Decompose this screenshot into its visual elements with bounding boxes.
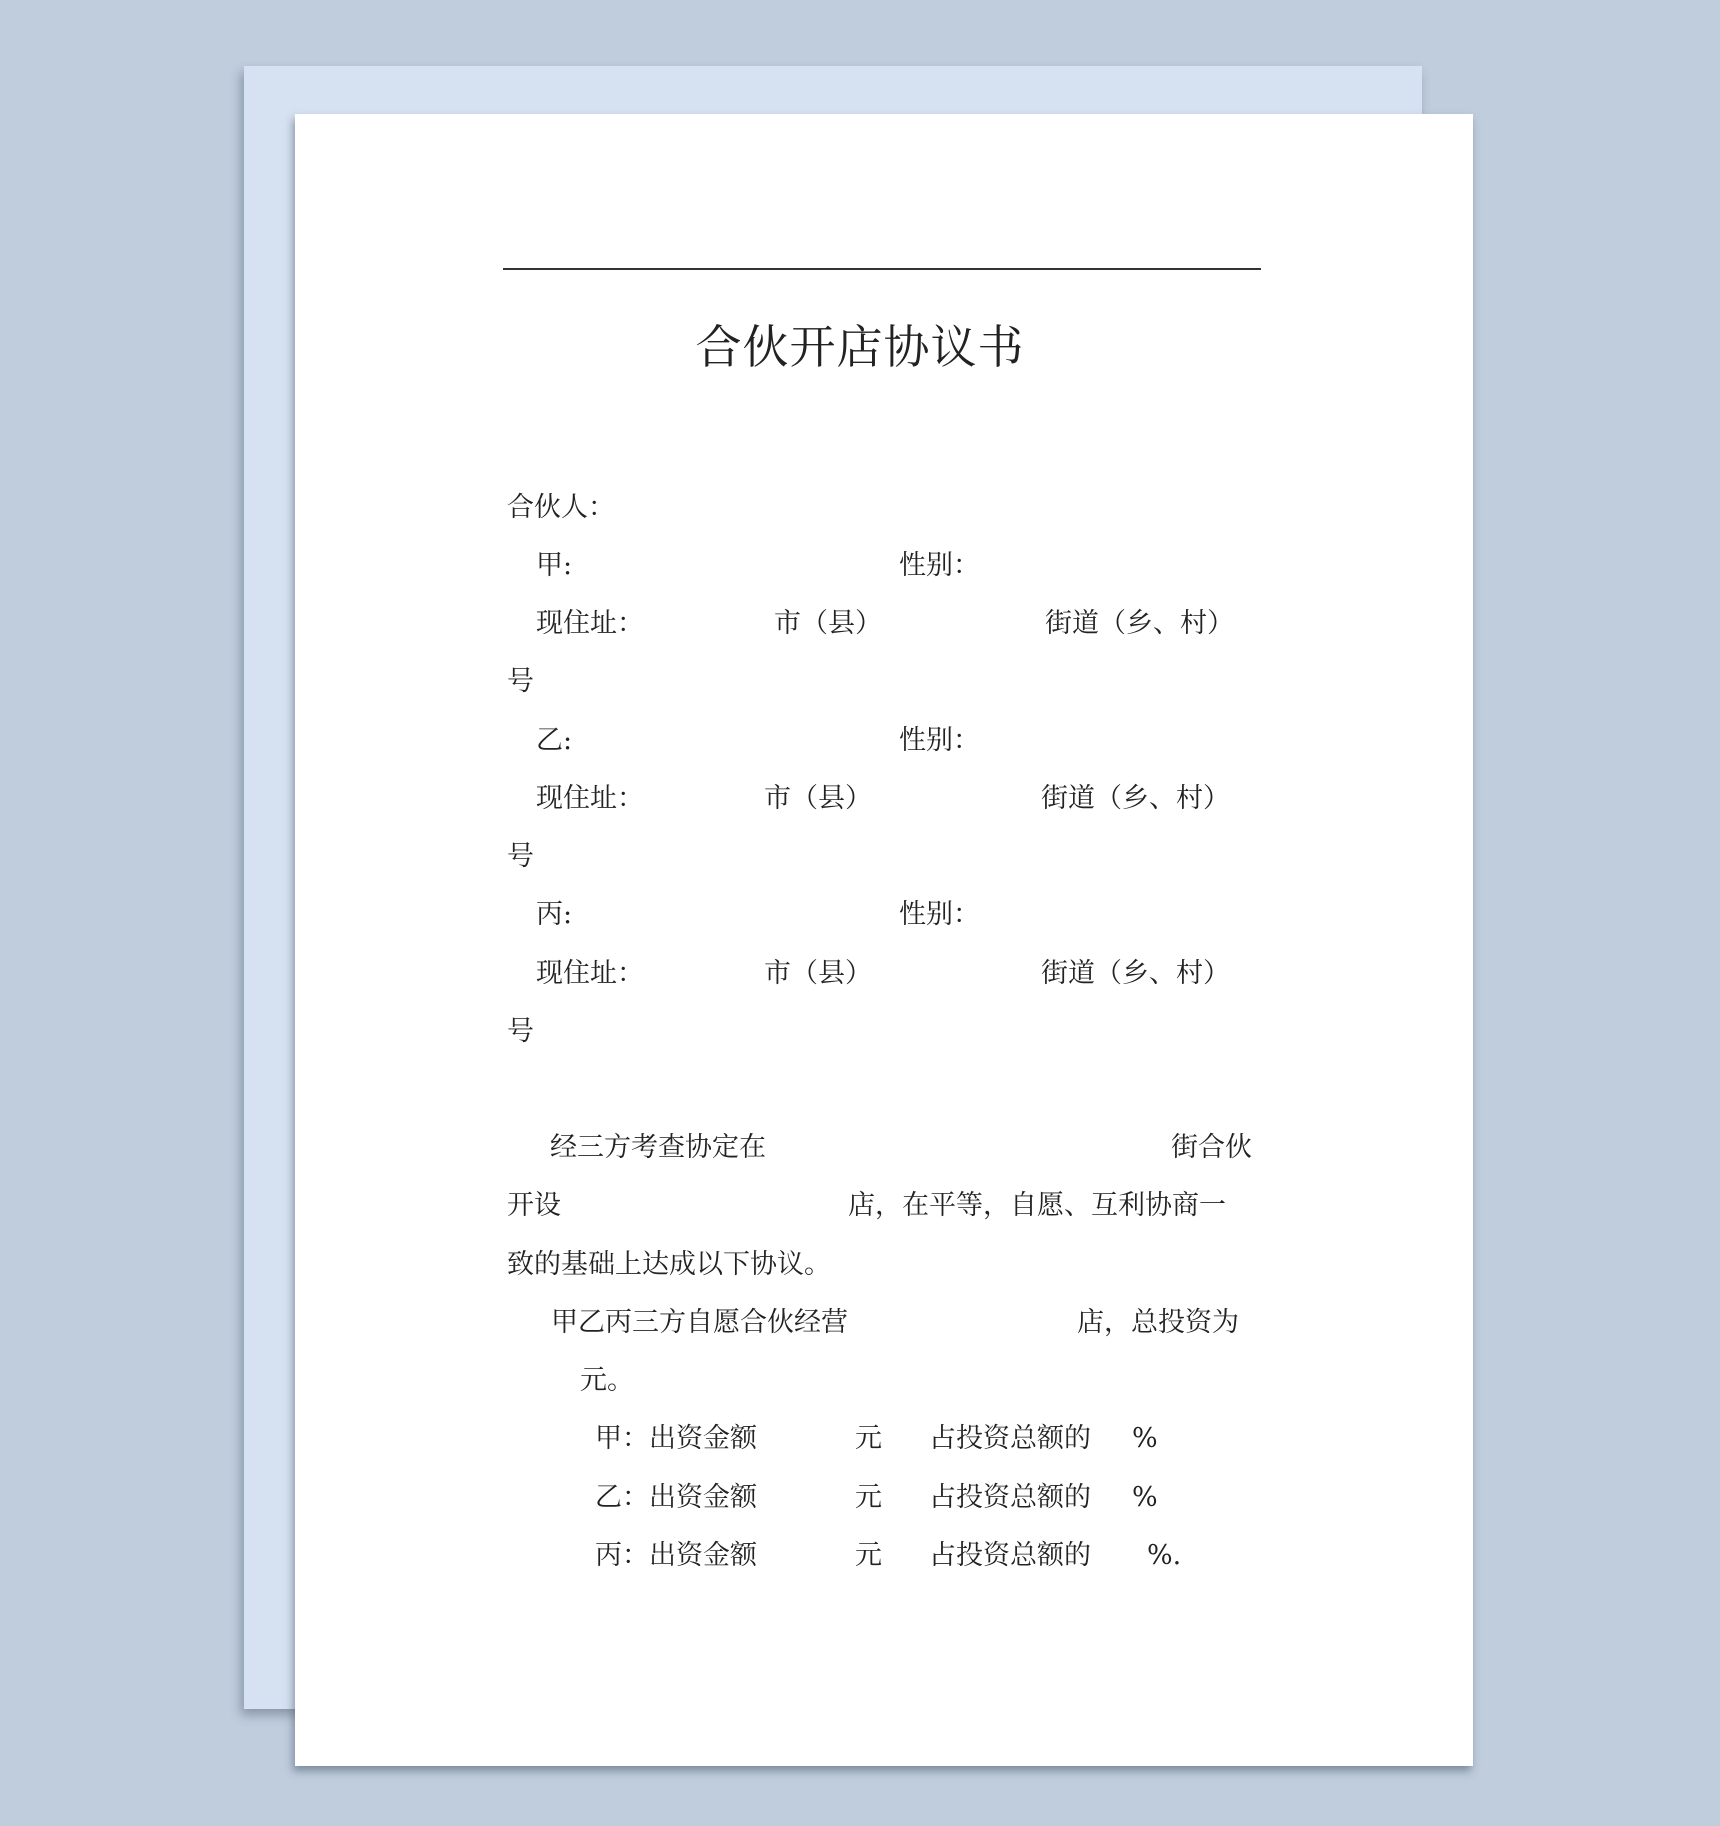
share-a-unit: 元 [855,1421,882,1457]
investment-line1-end: 店，总投资为 [1077,1305,1239,1341]
share-b-unit: 元 [855,1480,882,1516]
header-rule [503,268,1261,270]
partner-b-address-label: 现住址： [536,781,644,817]
partner-c-name-label: 丙: [536,897,572,933]
partner-a-city-label: 市（县） [774,606,882,642]
share-a-party: 甲：出资金额 [595,1421,757,1457]
preamble-line3: 致的基础上达成以下协议。 [507,1247,831,1283]
partner-c-number-label: 号 [507,1014,534,1050]
share-a-percent: % [1132,1421,1158,1457]
share-c-percent: %. [1147,1538,1181,1574]
share-a-label: 占投资总额的 [929,1421,1091,1457]
partner-b-street-label: 街道（乡、村） [1041,781,1230,817]
partner-a-number-label: 号 [507,664,534,700]
share-b-label: 占投资总额的 [929,1480,1091,1516]
preamble-line2-start: 开设 [507,1188,561,1224]
preamble-line1-start: 经三方考查协定在 [550,1130,766,1166]
document-title: 合伙开店协议书 [0,318,1720,376]
partner-c-gender-label: 性别： [899,897,980,933]
partner-a-street-label: 街道（乡、村） [1045,606,1234,642]
partner-b-gender-label: 性别： [899,723,980,759]
partner-c-street-label: 街道（乡、村） [1041,956,1230,992]
share-c-party: 丙：出资金额 [595,1538,757,1574]
partner-a-address-label: 现住址： [536,606,644,642]
preamble-line1-end: 街合伙 [1171,1130,1252,1166]
partner-c-address-label: 现住址： [536,956,644,992]
partner-c-city-label: 市（县） [764,956,872,992]
partner-b-city-label: 市（县） [764,781,872,817]
share-b-percent: % [1132,1480,1158,1516]
partners-heading: 合伙人： [507,490,615,526]
partner-a-name-label: 甲: [536,548,572,584]
partner-b-number-label: 号 [507,839,534,875]
partner-a-gender-label: 性别： [899,548,980,584]
share-c-unit: 元 [855,1538,882,1574]
partner-b-name-label: 乙: [536,723,572,759]
share-b-party: 乙：出资金额 [595,1480,757,1516]
investment-line1-start: 甲乙丙三方自愿合伙经营 [551,1305,848,1341]
investment-line2: 元。 [580,1363,634,1399]
share-c-label: 占投资总额的 [929,1538,1091,1574]
preamble-line2-end: 店，在平等，自愿、互利协商一 [848,1188,1226,1224]
